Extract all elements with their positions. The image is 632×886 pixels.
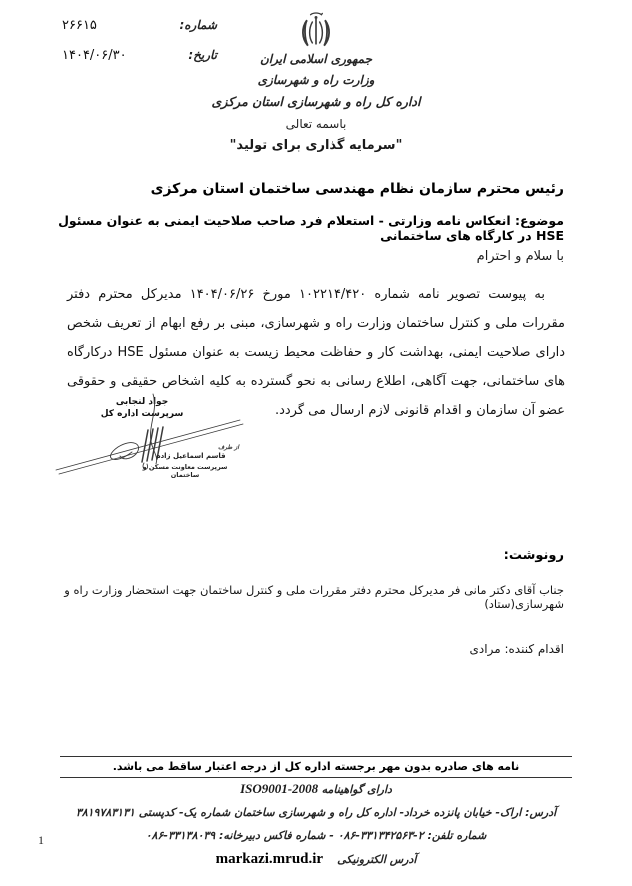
actor-line: اقدام کننده: مرادی	[470, 642, 564, 656]
deputy-name: قاسم اسماعیل زاده	[150, 452, 232, 460]
letter-number-row: شماره: ۲۶۶۱۵	[62, 18, 217, 48]
iso-certificate-line: دارای گواهینامه ISO9001-2008	[0, 781, 632, 797]
footer-validity-note: نامه های صادره بدون مهر برجسته اداره کل …	[60, 756, 572, 778]
letter-page: جمهوری اسلامی ایران وزارت راه و شهرسازی …	[0, 0, 632, 886]
email-label: آدرس الکترونیکی	[337, 853, 416, 866]
slogan-line: "سرمایه گذاری برای تولید"	[0, 138, 632, 153]
number-label: شماره:	[179, 18, 217, 32]
website-address: markazi.mrud.ir	[216, 851, 323, 868]
date-value: ۱۴۰۴/۰۶/۳۰	[62, 48, 127, 63]
footer-address: آدرس: اراک- خیابان پانزده خرداد- اداره ک…	[0, 806, 632, 819]
recipient-title: رئیس محترم سازمان نظام مهندسی ساختمان اس…	[68, 181, 564, 197]
cc-label: رونوشت:	[504, 548, 564, 563]
iso-code: ISO9001-2008	[240, 781, 318, 796]
subject-line: موضوع: انعکاس نامه وزارتی - استعلام فرد …	[40, 213, 564, 243]
footer-phone-fax: شماره تلفن: ۲-۳۳۱۳۴۲۵۶۳-۰۸۶ - شماره فاکس…	[0, 829, 632, 842]
iran-emblem-icon	[296, 12, 336, 52]
reference-block: شماره: ۲۶۶۱۵ تاریخ: ۱۴۰۴/۰۶/۳۰	[62, 18, 217, 78]
cc-item: جناب آقای دکتر مانی فر مدیرکل محترم دفتر…	[40, 583, 564, 611]
date-label: تاریخ:	[188, 48, 217, 62]
letter-date-row: تاریخ: ۱۴۰۴/۰۶/۳۰	[62, 48, 217, 78]
besmele-line: باسمه تعالی	[0, 117, 632, 131]
on-behalf-label: از طرف	[218, 444, 239, 451]
deputy-title: سرپرست معاونت مسکن و ساختمان	[135, 463, 235, 479]
footer-email-row: آدرس الکترونیکی markazi.mrud.ir	[0, 851, 632, 868]
page-number: 1	[38, 833, 44, 848]
salutation: با سلام و احترام	[477, 249, 564, 264]
org-department-line: اداره کل راه و شهرسازی استان مرکزی	[0, 94, 632, 109]
number-value: ۲۶۶۱۵	[62, 18, 97, 33]
iso-prefix-label: دارای گواهینامه	[322, 783, 392, 796]
